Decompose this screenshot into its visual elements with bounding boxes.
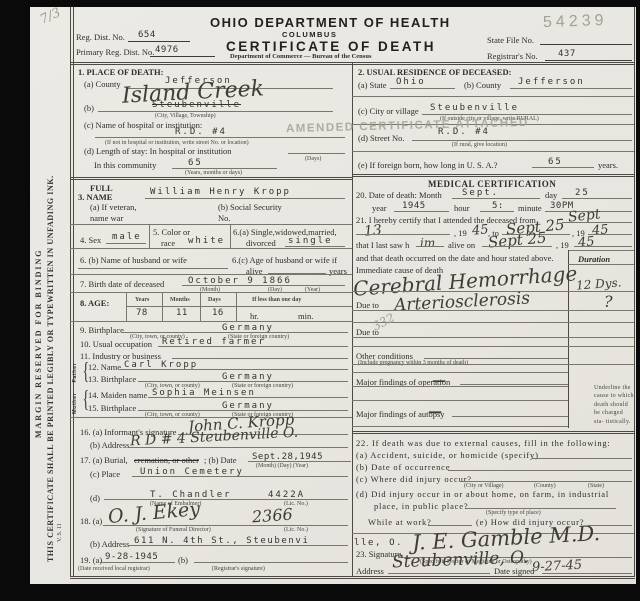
alive-on-label: alive on [448, 241, 475, 250]
funeral-address-label: (b) Address [90, 540, 129, 549]
section-divider [70, 321, 352, 322]
rule [98, 111, 333, 112]
hr-label: hr. [250, 312, 259, 321]
burial-date-sublabel: (Month) (Day) (Year) [256, 463, 308, 469]
cell-divider [162, 292, 163, 321]
rule [588, 234, 632, 235]
death-date-label: 20. Date of death: Month [356, 191, 442, 200]
autopsy-dash-hw: — [428, 405, 442, 419]
cell-divider [126, 292, 127, 321]
registrar-no-value: 437 [558, 50, 576, 59]
rule [145, 198, 345, 199]
funeral-director-label: 18. (a) [80, 517, 102, 526]
city-label: (b) [84, 104, 94, 113]
burial-date-value: Sept.28,1945 [252, 453, 323, 462]
rule [172, 358, 348, 359]
rule [356, 234, 450, 235]
death-hour-value: 5: [492, 202, 504, 211]
age-days-value: 16 [212, 309, 224, 318]
rule [100, 562, 175, 563]
death-hour-label: hour [454, 204, 470, 213]
occupation-label: 10. Usual occupation [80, 340, 152, 349]
death-month-value: Sept. [462, 189, 499, 198]
rule [78, 268, 228, 269]
city-village-value: Steubenville [430, 104, 519, 113]
funeral-director-sublabel: (Signature of Funeral Director) [136, 527, 211, 533]
spouse-age-label1: 6.(c) Age of husband or wife if [232, 256, 337, 265]
rule [352, 337, 634, 338]
rule [532, 458, 632, 459]
rule [448, 470, 632, 471]
registrar-date-label: 19. (a) [80, 556, 102, 565]
occurrence-date-label: (b) Date of occurrence [356, 463, 450, 472]
date-signed-handwriting: 9-27-45 [532, 559, 583, 575]
primary-reg-dist-label: Primary Reg. Dist. No. [76, 48, 154, 57]
rule [122, 332, 348, 333]
accident-label: (a) Accident, suicide, or homicide (spec… [356, 451, 539, 460]
death-day-value: 25 [575, 189, 590, 198]
attended-from-year-hw: 45 [471, 223, 489, 237]
rule [120, 369, 348, 370]
rule [103, 525, 348, 526]
years-tail-label: years. [598, 161, 618, 170]
column-divider [352, 63, 353, 576]
him-hw: im [420, 237, 435, 249]
injury-place-label1: (d) Did injury occur in or about home, o… [356, 490, 609, 499]
birth-date-label: 7. Birth date of deceased [80, 280, 164, 289]
rule [545, 60, 632, 61]
rule [352, 310, 634, 311]
birthplace-label: 9. Birthplace [80, 326, 124, 335]
certify-19a: , 19 [454, 229, 467, 238]
color-race-value: white [188, 237, 225, 246]
rule [428, 525, 472, 526]
street-no-sublabel: (If rural, give location) [452, 142, 507, 148]
burial-label3: ; (b) Date [204, 456, 237, 465]
bureau-line: Department of Commerce — Bureau of the C… [230, 54, 371, 61]
rule [352, 96, 634, 97]
rule [352, 400, 568, 401]
rule [352, 346, 634, 347]
rule [150, 56, 215, 57]
community-value: 65 [188, 159, 203, 168]
rule [352, 372, 568, 373]
age-col-years: Years [135, 297, 149, 303]
rule [138, 410, 348, 411]
color-race-label1: 5. Color or [153, 228, 190, 237]
rule [562, 198, 632, 199]
veteran-label2: name war [90, 214, 123, 223]
rule [352, 386, 568, 387]
mother-name-label: 14. Maiden name [88, 391, 147, 400]
ssn-label2: No. [218, 214, 231, 223]
form-right-border [634, 7, 635, 577]
rule [352, 364, 634, 365]
city-village-label: (c) City or village [358, 107, 419, 116]
section-divider [352, 174, 634, 177]
res-county-value: Jefferson [518, 78, 585, 87]
state-label: (a) State [358, 81, 387, 90]
mother-birthplace-label: 15. Birthplace [88, 404, 136, 413]
duration-heading: Duration [578, 255, 610, 264]
rule [424, 358, 568, 359]
age-col-lessday: If less than one day [252, 297, 301, 303]
margin-ink-text: THIS CERTIFICATE SHALL BE PRINTED LEGIBL… [47, 175, 55, 562]
rule [394, 211, 449, 212]
rule [542, 573, 632, 574]
last-saw-label: that I last saw h [356, 241, 409, 250]
burial-label2-struck: cremation, or other [134, 456, 199, 465]
reg-dist-value: 654 [138, 31, 156, 40]
days-sublabel: (Days) [305, 156, 321, 162]
age-months-value: 11 [176, 309, 188, 318]
injury-place-label2: place, in public place? [374, 502, 468, 511]
section-divider [352, 431, 634, 434]
color-race-label2: race [161, 239, 175, 248]
rule [422, 114, 632, 115]
city-sublabel: (City, Village, Township) [155, 113, 216, 119]
section-divider [70, 274, 352, 275]
rule [138, 381, 348, 382]
registrar-sig-slot-label: (b) [178, 556, 188, 565]
death-day-label: day [545, 191, 557, 200]
rule [532, 167, 594, 168]
columbus-subtitle: COLUMBUS [282, 31, 337, 39]
external-causes-heading: 22. If death was due to external causes,… [356, 439, 611, 448]
ssn-label: (b) Social Security [218, 203, 282, 212]
cell-divider [200, 292, 201, 321]
physician-address-label: Address [356, 567, 384, 576]
registrar-sig-sublabel: (Registrar's signature) [212, 566, 265, 572]
rule [352, 151, 634, 152]
marital-label2: divorced [246, 239, 276, 248]
death-year-value: 1945 [402, 202, 426, 211]
certify-19c: , 19 [556, 241, 569, 250]
rule [390, 88, 455, 89]
cell-divider [230, 225, 231, 248]
age-col-days: Days [208, 297, 221, 303]
age-years-value: 78 [136, 309, 148, 318]
form-bottom-border [70, 576, 635, 579]
cause-duration-hw: 12 Dys. [576, 276, 622, 291]
death-year-label: year [372, 204, 387, 213]
attended-from-day-hw: 13 [363, 223, 382, 239]
place-of-death-heading: 1. PLACE OF DEATH: [78, 68, 163, 77]
section-divider [70, 292, 352, 293]
length-of-stay-label: (d) Length of stay: In hospital or insti… [84, 147, 232, 156]
rule [540, 44, 632, 45]
dept-title: OHIO DEPARTMENT OF HEALTH [210, 16, 451, 29]
rule [412, 140, 632, 141]
while-at-work-label: While at work? [368, 518, 432, 527]
rule [158, 346, 348, 347]
burial-label1: 17. (a) Burial, [80, 456, 128, 465]
due-to-1-duration-hw: ? [604, 294, 613, 310]
rule [452, 198, 540, 199]
funeral-director-license: 2366 [251, 507, 293, 526]
father-name-label: 12. Name [88, 363, 121, 372]
rule [460, 384, 568, 385]
injury-place-sublabel: (Specify type of place) [486, 510, 541, 516]
mother-father-vertical-label: Mother Father [73, 363, 79, 414]
rule [452, 416, 568, 417]
primary-reg-dist-value: 4976 [155, 46, 179, 55]
rule [194, 562, 348, 563]
foreign-born-label: (e) If foreign born, how long in U. S. A… [358, 161, 498, 170]
state-file-stamp: 54239 [543, 13, 608, 31]
hospital-value: R.D. #4 [175, 128, 227, 137]
section-divider [70, 248, 352, 249]
certificate-title: CERTIFICATE OF DEATH [226, 40, 436, 54]
due-to-1-label: Due to [356, 301, 379, 310]
registrar-date-value: 9-28-1945 [105, 553, 158, 562]
father-birthplace-label: 13. Birthplace [88, 375, 136, 384]
rule [104, 499, 348, 500]
certify-line4: and that death occurred on the date and … [356, 254, 554, 263]
rule [574, 246, 632, 247]
funeral-address-value: 611 N. 4th St., Steubenvi [134, 537, 309, 546]
rule [480, 211, 514, 212]
community-label: In this community [94, 161, 156, 170]
rule [128, 447, 348, 448]
death-minute-label: minute [518, 204, 542, 213]
age-col-months: Months [170, 297, 190, 303]
husband-wife-label: 6. (b) Name of husband or wife [80, 256, 187, 265]
rule [106, 243, 146, 244]
embalmer-label: (d) [90, 494, 100, 503]
rule [288, 153, 345, 154]
rule [510, 88, 632, 89]
name-label: 3. NAME [78, 193, 112, 202]
sex-value: male [112, 233, 142, 242]
burial-place-label: (c) Place [90, 470, 120, 479]
residence-heading: 2. USUAL RESIDENCE OF DECEASED: [358, 68, 511, 77]
rule [126, 306, 352, 307]
rule [95, 137, 345, 138]
res-county-label: (b) County [464, 81, 501, 90]
rule [568, 264, 634, 265]
rule [416, 246, 444, 247]
underline-cause-note: Underline the cause to which death shoul… [594, 384, 634, 426]
last-saw-year-hw: 45 [577, 235, 595, 249]
rule [568, 250, 634, 251]
cell-divider [236, 292, 237, 321]
address-overflow-value: lle, O. [354, 539, 403, 548]
rule [182, 285, 345, 286]
rule [148, 397, 348, 398]
deceased-name-value: William Henry Kropp [150, 188, 291, 197]
veteran-label: (a) If veteran, [90, 203, 136, 212]
marital-value: single [288, 237, 333, 246]
rule [466, 508, 616, 509]
section-divider [70, 177, 352, 180]
rule [460, 481, 632, 482]
other-conditions-sublabel: (Include pregnancy within 3 months of de… [358, 360, 468, 366]
state-value: Ohio [396, 78, 426, 87]
registrar-no-label: Registrar's No. [487, 52, 538, 61]
county-label: (a) County [84, 80, 121, 89]
section-divider [70, 224, 352, 225]
rule [285, 246, 345, 247]
community-sublabel: (Years, months or days) [185, 170, 242, 176]
injury-where-label: (c) Where did injury occur? [356, 475, 472, 484]
street-no-label: (d) Street No. [358, 134, 405, 143]
reg-dist-label: Reg. Dist. No. [76, 33, 125, 42]
date-signed-label: Date signed [494, 567, 534, 576]
registrar-date-sublabel: (Date received local registrar) [78, 566, 150, 572]
rule [388, 573, 490, 574]
margin-binding-text: MARGIN RESERVED FOR BINDING [35, 248, 43, 438]
state-file-label: State File No. [487, 36, 534, 45]
foreign-born-value: 65 [548, 158, 563, 167]
min-label: min. [298, 312, 313, 321]
rule [482, 246, 552, 247]
rule [132, 476, 348, 477]
funeral-director-lic-sublabel: (Lic. No.) [284, 527, 308, 533]
rule [128, 41, 190, 42]
cell-divider [149, 225, 150, 248]
form-number: V. S. 11 [57, 523, 63, 542]
rule [352, 426, 568, 427]
age-label: 8. AGE: [80, 299, 109, 308]
sex-label: 4. Sex [80, 236, 101, 245]
informant-address-label: (b) Address [90, 441, 129, 450]
death-certificate-scan: 7/3 MARGIN RESERVED FOR BINDING THIS CER… [0, 0, 640, 601]
rule [172, 168, 277, 169]
